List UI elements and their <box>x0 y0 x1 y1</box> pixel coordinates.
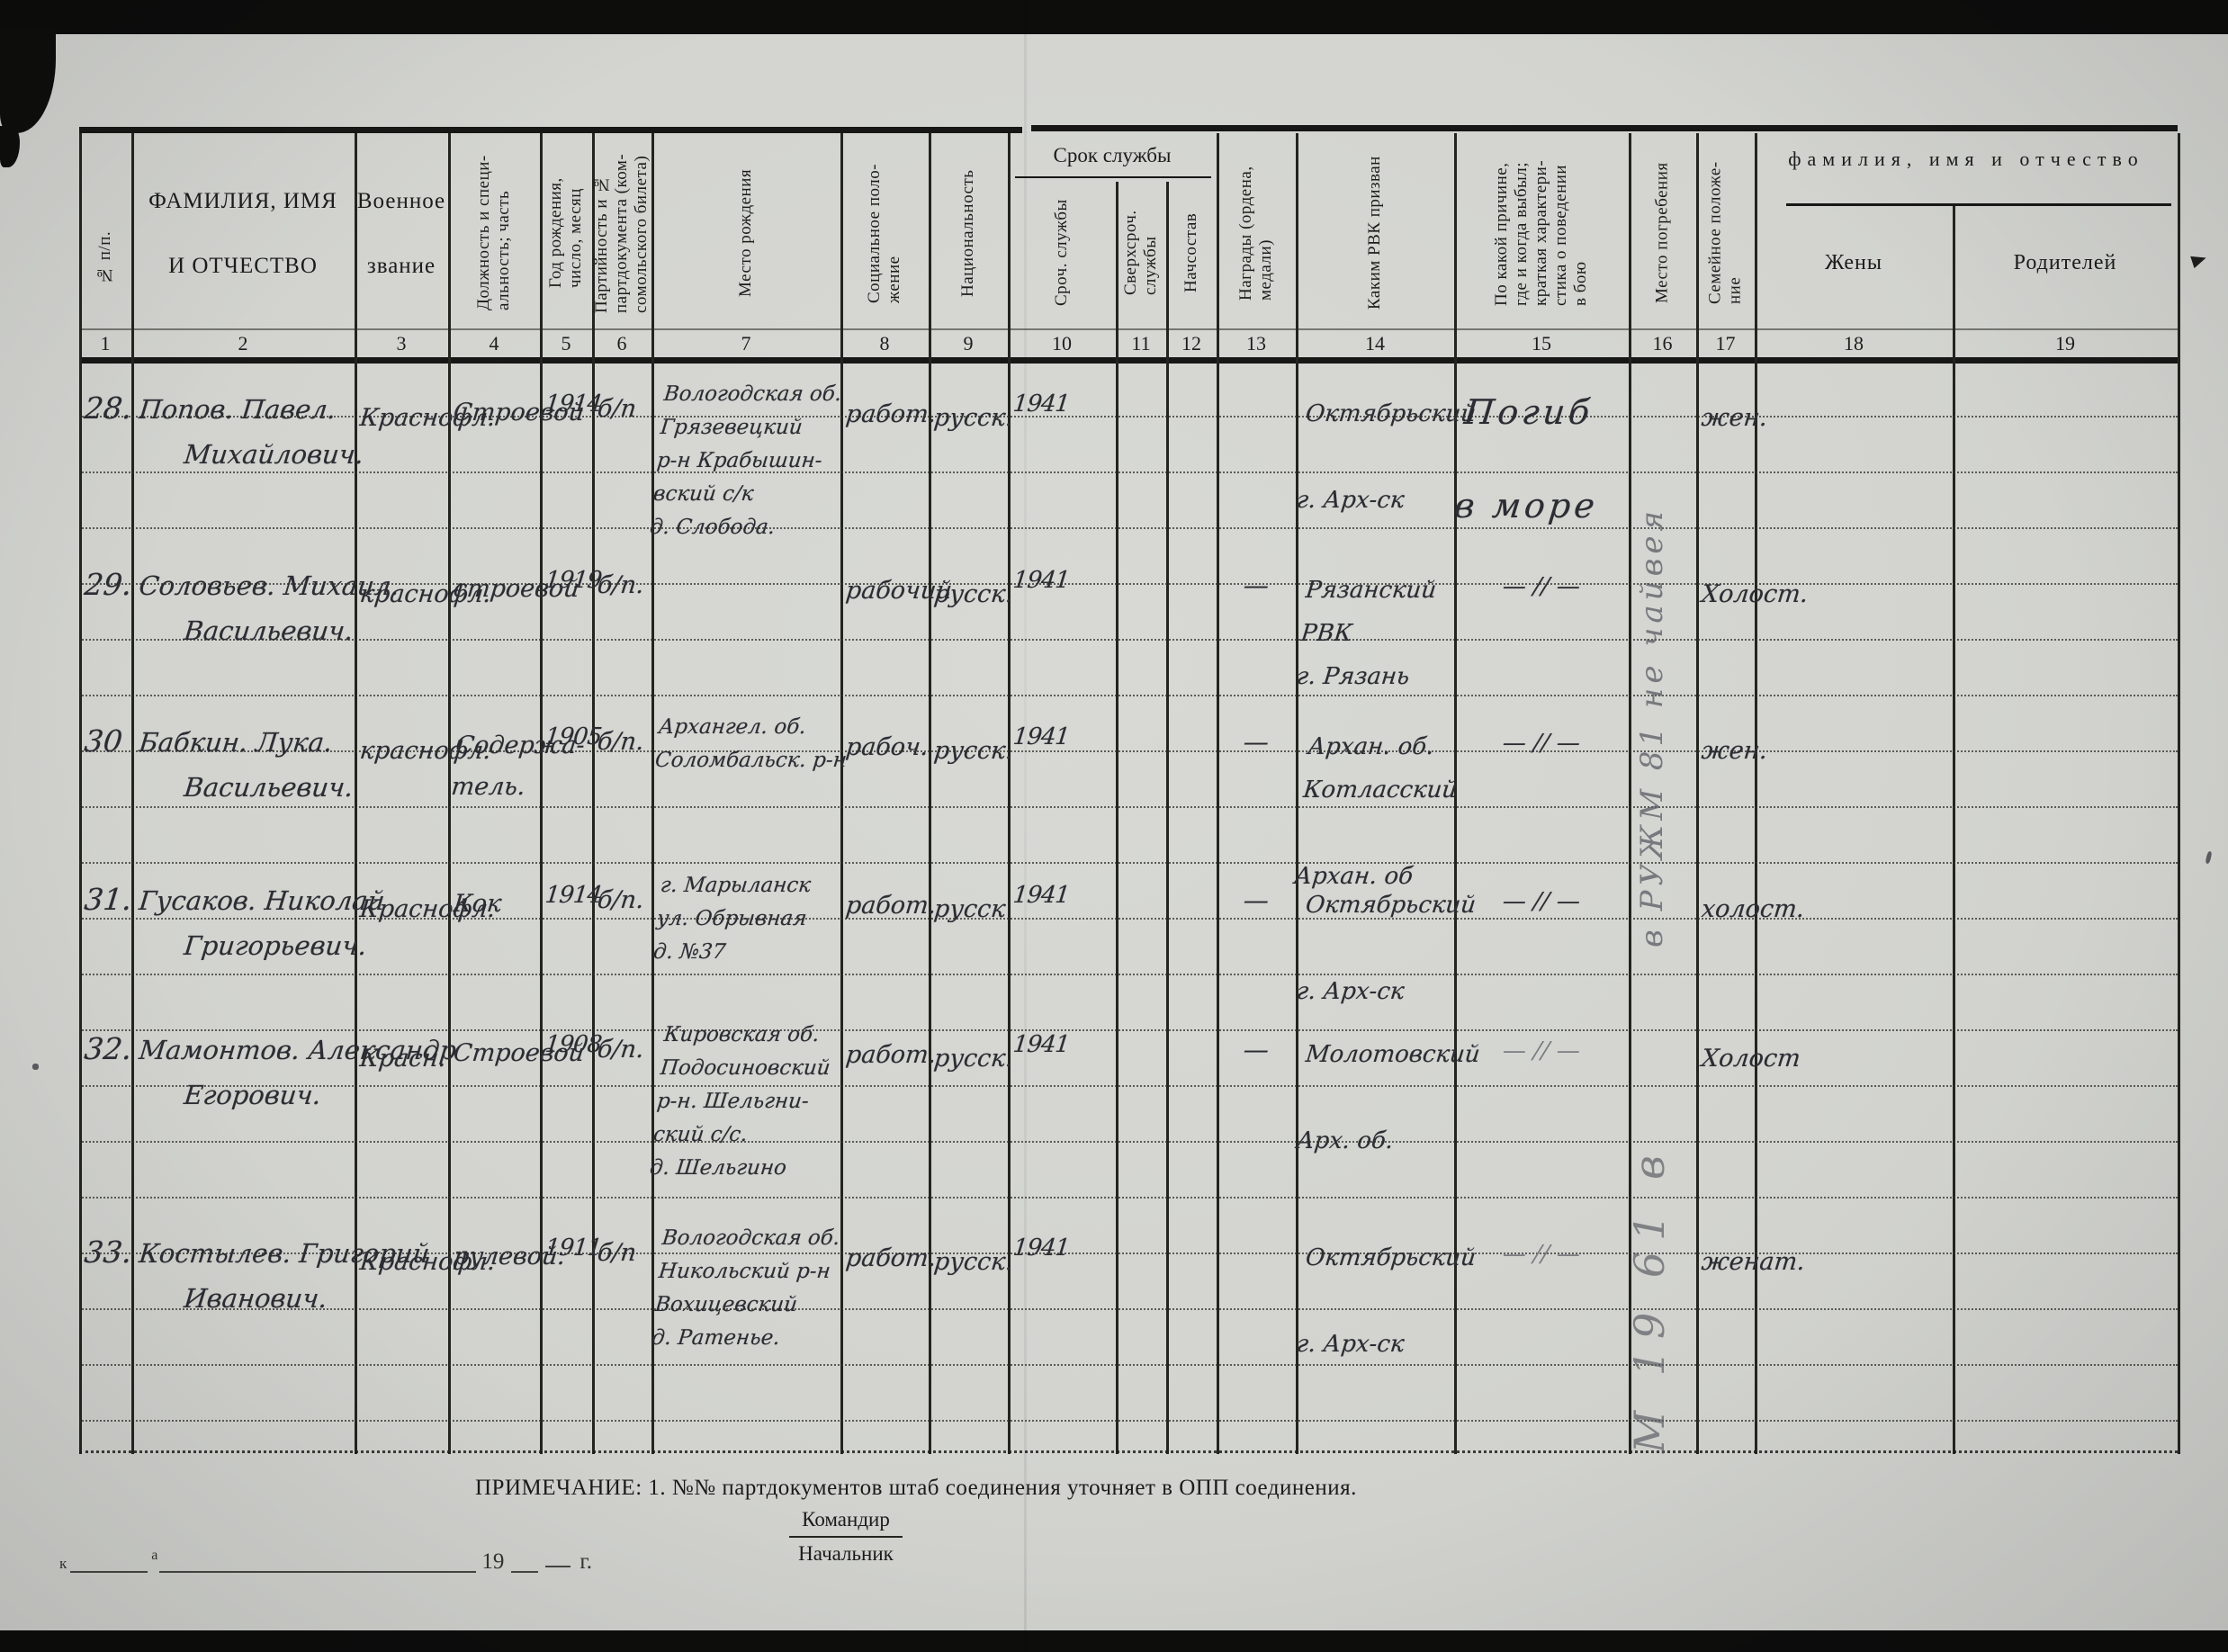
column-number-13: 13 <box>1217 332 1296 355</box>
column-header-4: Должность и специ- альность; часть <box>448 144 540 322</box>
entry-29-position: строевой <box>452 569 537 610</box>
column-number-17: 17 <box>1696 332 1755 355</box>
entry-33-birth_year: 1911 <box>544 1235 588 1261</box>
entry-31-party: б/п. <box>596 880 649 921</box>
entry-32-awards: — <box>1220 1035 1291 1064</box>
entry-28-social: работ. <box>844 394 926 435</box>
column-header-9: Национальность <box>929 144 1008 322</box>
column-header-11: Сверхсроч. службы <box>1116 184 1166 321</box>
entry-31-service_since: 1941 <box>1011 882 1111 909</box>
entry-28-birth_year: 1914 <box>544 391 588 417</box>
date-blank-short <box>70 1555 148 1573</box>
column-header-19: Родителей <box>1953 236 2178 290</box>
table-dotted-line-1 <box>79 471 2178 473</box>
entry-30-birth_year: 1905 <box>544 723 588 750</box>
entry-30-social: рабоч. <box>844 727 926 768</box>
entry-31-birth_year: 1914 <box>544 882 588 909</box>
entry-28-position: Строевой <box>452 392 537 434</box>
entry-32-family: Холост <box>1700 1038 1752 1080</box>
table-rule-1 <box>1031 125 2178 131</box>
entry-32-position: Строевой <box>452 1033 537 1074</box>
entry-33-rank: Краснофл. <box>358 1242 445 1283</box>
entry-31-rank: Краснофл. <box>358 889 445 930</box>
entry-31-rvk: Октябрьский г. Арх-ск <box>1294 884 1455 1013</box>
group-header-relatives: фамилия, имя и отчество <box>1755 144 2178 175</box>
table-dotted-line-10 <box>79 974 2178 975</box>
column-header-12: Начсостав <box>1166 184 1217 321</box>
entry-30-awards: — <box>1220 727 1291 757</box>
entry-33-num: 33. <box>83 1235 128 1270</box>
entry-29-birth_year: 1919 <box>544 567 588 594</box>
column-number-12: 12 <box>1166 332 1217 355</box>
table-vertical-line-19 <box>2178 133 2180 1454</box>
entry-32-birthplace: Кировская об. Подосиновский р-н. Шельгни… <box>648 1019 843 1185</box>
column-number-19: 19 <box>1953 332 2178 355</box>
column-header-7: Место рождения <box>651 144 840 322</box>
column-number-6: 6 <box>592 332 651 355</box>
table-rule-3 <box>1015 176 1211 178</box>
date-blank-long <box>159 1555 476 1573</box>
entry-29-party: б/п. <box>596 565 649 606</box>
column-number-9: 9 <box>929 332 1008 355</box>
column-number-5: 5 <box>540 332 592 355</box>
entry-32-nationality: русск. <box>932 1038 1005 1080</box>
column-number-15: 15 <box>1454 332 1629 355</box>
date-quote-mark: а <box>151 1548 157 1564</box>
entry-30-name: Бабкин. Лука. Васильевич. <box>132 720 355 810</box>
entry-33-birthplace: Вологодская об. Никольский р-н Вохицевск… <box>650 1222 842 1355</box>
column-header-3: Военное звание <box>355 166 448 301</box>
column-number-8: 8 <box>840 332 929 355</box>
table-dotted-line-2 <box>79 527 2178 529</box>
table-dotted-line-4 <box>79 639 2178 641</box>
signature-role-chief: Начальник <box>760 1538 931 1566</box>
entry-33-social: работ. <box>844 1238 926 1279</box>
table-dotted-line-5 <box>79 695 2178 696</box>
column-number-10: 10 <box>1008 332 1116 355</box>
register-table: 1№ п/п.2ФАМИЛИЯ, ИМЯ И ОТЧЕСТВО3Военное … <box>0 0 2228 1652</box>
vertical-handwritten-note-upper: в РУЖМ 81 не чайвея <box>1634 421 1697 947</box>
entry-30-rvk: Архан. об. Котласский Архан. об <box>1292 725 1458 898</box>
column-header-15: По какой причине, где и когда выбыл; кра… <box>1454 144 1629 322</box>
entry-30-fate: — // — <box>1457 722 1625 765</box>
entry-30-position: Содержа- тель. <box>449 725 539 808</box>
entry-29-awards: — <box>1220 570 1291 600</box>
column-header-8: Социальное поло- жение <box>840 144 929 322</box>
entry-30-service_since: 1941 <box>1011 723 1111 750</box>
table-dotted-line-14 <box>79 1197 2178 1199</box>
table-dotted-line-13 <box>79 1141 2178 1143</box>
column-number-4: 4 <box>448 332 540 355</box>
entry-29-rvk: Рязанский РВК г. Рязань <box>1294 569 1455 698</box>
table-dotted-line-8 <box>79 862 2178 864</box>
date-blank-year-2 <box>545 1549 570 1567</box>
table-rule-2 <box>79 357 2178 364</box>
entry-29-fate: — // — <box>1457 565 1625 608</box>
table-dotted-line-17 <box>79 1364 2178 1366</box>
table-dotted-line-12 <box>79 1085 2178 1087</box>
entry-28-name: Попов. Павел. Михайлович. <box>132 387 355 477</box>
entry-29-social: рабочий <box>844 570 926 612</box>
entry-29-name: Соловьев. Михаил. Васильевич. <box>132 563 355 653</box>
table-dotted-line-16 <box>79 1308 2178 1310</box>
entry-28-fate: Погиб в море <box>1452 389 1631 529</box>
entry-31-num: 31. <box>83 882 128 917</box>
entry-31-awards: — <box>1220 885 1291 915</box>
date-year-prefix: 19 <box>481 1551 504 1573</box>
entry-33-service_since: 1941 <box>1011 1235 1111 1261</box>
date-year-suffix: г. <box>579 1551 592 1573</box>
entry-31-social: работ. <box>844 885 926 927</box>
entry-33-nationality: русск. <box>932 1242 1005 1283</box>
entry-29-service_since: 1941 <box>1011 567 1111 594</box>
entry-28-num: 28. <box>83 391 128 426</box>
entry-28-service_since: 1941 <box>1011 391 1111 417</box>
entry-33-family: женат. <box>1700 1242 1752 1283</box>
table-dotted-line-18 <box>79 1420 2178 1422</box>
entry-33-party: б/п <box>596 1233 649 1274</box>
column-header-5: Год рождения, число, месяц <box>540 144 592 322</box>
entry-30-birthplace: Архангел. об. Соломбальск. р-н <box>653 711 839 777</box>
entry-28-nationality: русск. <box>932 398 1005 439</box>
entry-30-num: 30 <box>83 723 128 759</box>
column-header-16: Место погребения <box>1629 144 1696 322</box>
entry-32-fate: — // — <box>1457 1029 1625 1073</box>
column-number-7: 7 <box>651 332 840 355</box>
entry-32-num: 32. <box>83 1031 128 1066</box>
table-rule-thin <box>79 328 2178 330</box>
column-number-2: 2 <box>131 332 355 355</box>
entry-31-name: Гусаков. Николай Григорьевич. <box>132 878 355 968</box>
entry-32-service_since: 1941 <box>1011 1031 1111 1058</box>
column-number-11: 11 <box>1116 332 1166 355</box>
column-header-6: Партийность и № партдокумента (ком- сомо… <box>592 144 651 322</box>
entry-30-family: жен. <box>1700 731 1752 772</box>
table-rule-0 <box>79 127 1022 133</box>
entry-32-rvk: Молотовский Арх. об. <box>1294 1033 1455 1163</box>
date-left-mark: к <box>59 1555 67 1573</box>
signature-block: Командир Начальник <box>760 1508 931 1566</box>
entry-30-rank: краснофл. <box>358 731 445 772</box>
scanned-register-page: { "document": { "type_note": "ПРИМЕЧАНИЕ… <box>0 0 2228 1652</box>
column-header-2: ФАМИЛИЯ, ИМЯ И ОТЧЕСТВО <box>131 166 355 301</box>
entry-33-name: Костылев. Григорий Иванович. <box>132 1231 355 1321</box>
table-rule-4 <box>1786 203 2171 206</box>
vertical-handwritten-note-lower: М 19 61 в <box>1625 985 1699 1453</box>
column-number-1: 1 <box>79 332 131 355</box>
table-vertical-line-18 <box>1953 206 1955 1454</box>
column-header-18: Жены <box>1755 236 1953 290</box>
date-blank-year-1 <box>511 1555 538 1573</box>
column-header-17: Семейное положе- ние <box>1696 144 1755 322</box>
entry-31-nationality: русск <box>932 889 1005 930</box>
table-vertical-line-11 <box>1166 182 1169 1454</box>
table-dotted-line-11 <box>79 1029 2178 1031</box>
column-header-10: Сроч. службы <box>1008 184 1116 321</box>
entry-28-rvk: Октябрьский г. Арх-ск <box>1294 392 1455 522</box>
entry-32-birth_year: 1908 <box>544 1031 588 1058</box>
table-dotted-line-7 <box>79 806 2178 808</box>
group-header-service-term: Срок службы <box>1008 139 1217 173</box>
column-number-18: 18 <box>1755 332 1953 355</box>
entry-29-num: 29. <box>83 567 128 602</box>
entry-32-name: Мамонтов. Александр Егорович. <box>132 1028 355 1118</box>
entry-31-position: Кок <box>452 884 537 925</box>
entry-33-fate: — // — <box>1457 1233 1625 1276</box>
entry-29-family: Холост. <box>1700 574 1752 615</box>
column-header-14: Каким РВК призван <box>1296 144 1454 322</box>
table-vertical-line-10 <box>1116 182 1118 1454</box>
entry-32-social: работ. <box>844 1035 926 1076</box>
footnote: ПРИМЕЧАНИЕ: 1. №№ партдокументов штаб со… <box>475 1476 1357 1501</box>
column-header-1: № п/п. <box>79 191 131 324</box>
entry-32-party: б/п. <box>596 1029 649 1071</box>
column-number-3: 3 <box>355 332 448 355</box>
entry-28-party: б/п <box>596 389 649 430</box>
entry-28-family: жен. <box>1700 398 1752 439</box>
column-header-13: Награды (ордена, медали) <box>1217 144 1296 322</box>
entry-30-nationality: русск. <box>932 731 1005 772</box>
column-number-16: 16 <box>1629 332 1696 355</box>
entry-31-birthplace: г. Марыланск ул. Обрывная д. №37 <box>651 869 840 969</box>
signature-role-commander: Командир <box>789 1508 903 1538</box>
table-dotted-line-bottom <box>79 1450 2178 1453</box>
entry-33-position: рулевой. <box>452 1236 537 1278</box>
entry-29-rank: краснофл. <box>358 574 445 615</box>
column-number-14: 14 <box>1296 332 1454 355</box>
entry-32-rank: Красн. <box>358 1038 445 1080</box>
entry-29-nationality: русск. <box>932 574 1005 615</box>
entry-31-fate: — // — <box>1457 880 1625 923</box>
entry-33-rvk: Октябрьский г. Арх-ск <box>1294 1236 1455 1366</box>
entry-28-birthplace: Вологодская об. Грязевецкий р-н Крабышин… <box>648 378 843 544</box>
date-blank-line: к а 19 г. <box>59 1549 592 1573</box>
entry-30-party: б/п. <box>596 722 649 763</box>
entry-28-rank: Краснофл. <box>358 398 445 439</box>
entry-31-family: холост. <box>1700 889 1752 930</box>
